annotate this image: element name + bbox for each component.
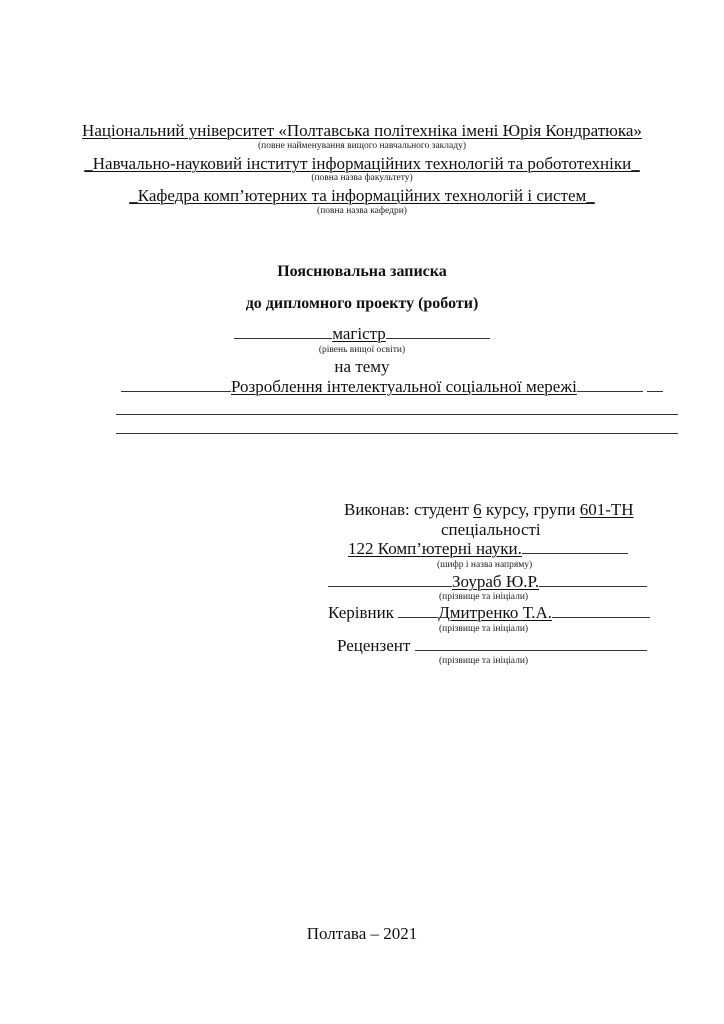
topic-field: Розроблення інтелектуальної соціальної м… <box>121 377 673 397</box>
specialty-caption: (шифр і назва напряму) <box>437 560 532 571</box>
reviewer-caption: (прізвище та ініціали) <box>439 656 528 667</box>
supervisor-label: Керівник <box>328 603 394 622</box>
degree-value: магістр <box>332 324 386 343</box>
university-name: Національний університет «Полтавська пол… <box>0 121 724 141</box>
student-name: Зоураб Ю.Р. <box>452 572 539 591</box>
department-name: _Кафедра комп’ютерних та інформаційних т… <box>0 186 724 206</box>
document-title: Пояснювальна записка <box>0 263 724 281</box>
document-subtitle: до дипломного проекту (роботи) <box>0 295 724 313</box>
degree-caption: (рівень вищої освіти) <box>0 345 724 356</box>
institute-caption: (повна назва факультету) <box>0 173 724 184</box>
group-value: 601-ТН <box>580 500 634 519</box>
university-caption: (повне найменування вищого навчального з… <box>0 141 724 152</box>
specialty-label: спеціальності <box>441 520 541 540</box>
topic-value: Розроблення інтелектуальної соціальної м… <box>231 377 577 396</box>
department-name-text: Кафедра комп’ютерних та інформаційних те… <box>138 186 587 205</box>
university-name-text: Національний університет «Полтавська пол… <box>82 121 642 140</box>
reviewer-label: Рецензент <box>337 636 410 655</box>
supervisor-name: Дмитренко Т.А. <box>438 603 552 622</box>
course-label: курсу, групи <box>486 500 576 519</box>
performed-line: Виконав: студент 6 курсу, групи 601-ТН <box>344 500 634 520</box>
on-topic-label: на тему <box>0 357 724 377</box>
student-field: Зоураб Ю.Р. <box>328 572 647 592</box>
institute-name-text: Навчально-науковий інститут інформаційни… <box>93 154 631 173</box>
topic-line-3 <box>116 433 678 434</box>
supervisor-caption: (прізвище та ініціали) <box>439 624 528 635</box>
reviewer-field: Рецензент <box>337 636 647 656</box>
specialty-field: 122 Комп’ютерні науки. <box>348 539 628 559</box>
degree-field: магістр <box>0 324 724 344</box>
city-year: Полтава – 2021 <box>0 924 724 944</box>
performed-label: Виконав: студент <box>344 500 469 519</box>
supervisor-field: Керівник Дмитренко Т.А. <box>328 603 650 623</box>
department-caption: (повна назва кафедри) <box>0 206 724 217</box>
institute-name: _Навчально-науковий інститут інформаційн… <box>0 154 724 174</box>
specialty-value: 122 Комп’ютерні науки. <box>348 539 522 558</box>
reviewer-name <box>415 636 647 651</box>
topic-line-2 <box>116 414 678 415</box>
student-caption: (прізвище та ініціали) <box>439 592 528 603</box>
course-value: 6 <box>473 500 482 519</box>
